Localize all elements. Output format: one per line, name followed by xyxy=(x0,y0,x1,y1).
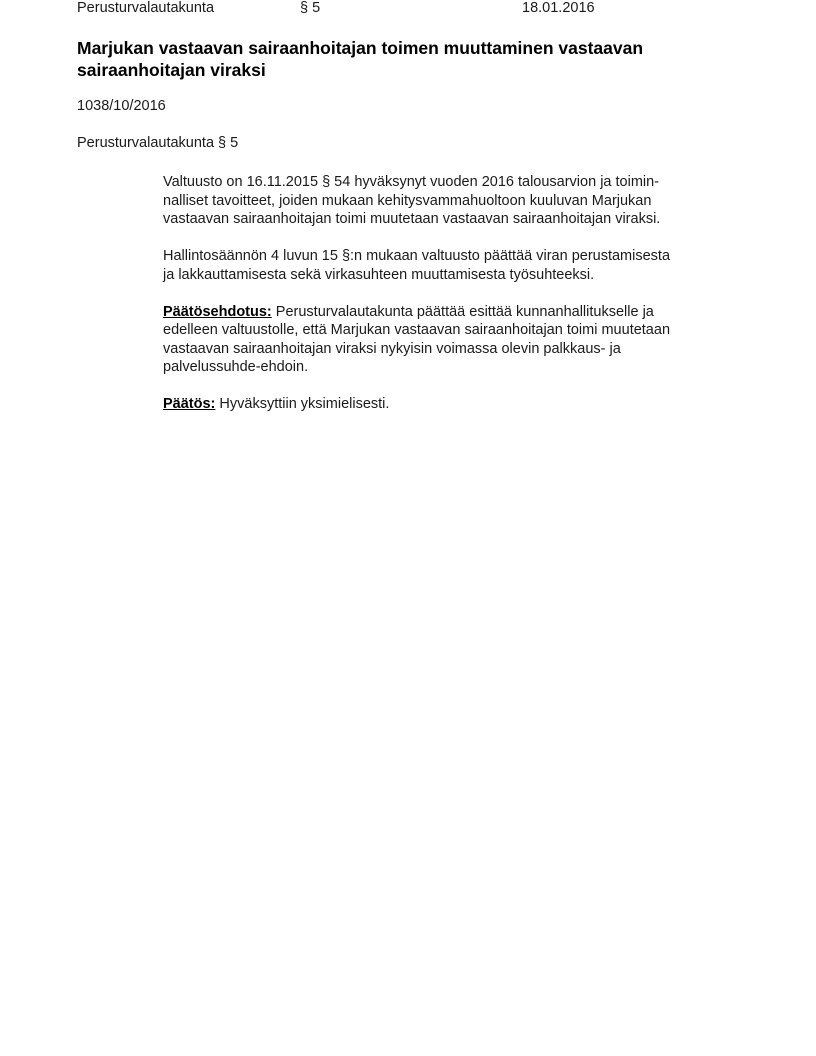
text-line: Valtuusto on 16.11.2015 § 54 hyväksynyt … xyxy=(163,174,659,190)
paragraph-proposal: Päätösehdotus: Perusturvalautakunta päät… xyxy=(163,303,733,377)
text-line: vastaavan sairaanhoitajan toimi muutetaa… xyxy=(163,211,660,227)
header-committee: Perusturvalautakunta xyxy=(77,0,214,16)
document-number: 1038/10/2016 xyxy=(77,98,166,114)
text-line: ja lakkauttamisesta sekä virkasuhteen mu… xyxy=(163,267,594,283)
page-header: Perusturvalautakunta § 5 18.01.2016 xyxy=(0,0,816,20)
header-date: 18.01.2016 xyxy=(522,0,595,16)
text-line: nalliset tavoitteet, joiden mukaan kehit… xyxy=(163,193,651,209)
paragraph-decision: Päätös: Hyväksyttiin yksimielisesti. xyxy=(163,395,733,414)
text-line: Perusturvalautakunta päättää esittää kun… xyxy=(272,304,654,320)
text-line: Hallintosäännön 4 luvun 15 §:n mukaan va… xyxy=(163,248,670,264)
decision-label: Päätös: xyxy=(163,396,215,412)
title-line-2: sairaanhoitajan viraksi xyxy=(77,60,266,80)
title-line-1: Marjukan vastaavan sairaanhoitajan toime… xyxy=(77,38,643,58)
paragraph-background: Valtuusto on 16.11.2015 § 54 hyväksynyt … xyxy=(163,173,733,229)
body-heading: Perusturvalautakunta § 5 xyxy=(77,135,238,151)
proposal-label: Päätösehdotus: xyxy=(163,304,272,320)
text-line: vastaavan sairaanhoitajan viraksi nykyis… xyxy=(163,341,621,357)
document-content: Valtuusto on 16.11.2015 § 54 hyväksynyt … xyxy=(163,173,733,432)
document-title: Marjukan vastaavan sairaanhoitajan toime… xyxy=(77,37,717,81)
header-section: § 5 xyxy=(300,0,320,16)
text-line: edelleen valtuustolle, että Marjukan vas… xyxy=(163,322,670,338)
paragraph-regulation: Hallintosäännön 4 luvun 15 §:n mukaan va… xyxy=(163,247,733,284)
decision-text: Hyväksyttiin yksimielisesti. xyxy=(215,396,389,412)
text-line: palvelussuhde-ehdoin. xyxy=(163,359,308,375)
